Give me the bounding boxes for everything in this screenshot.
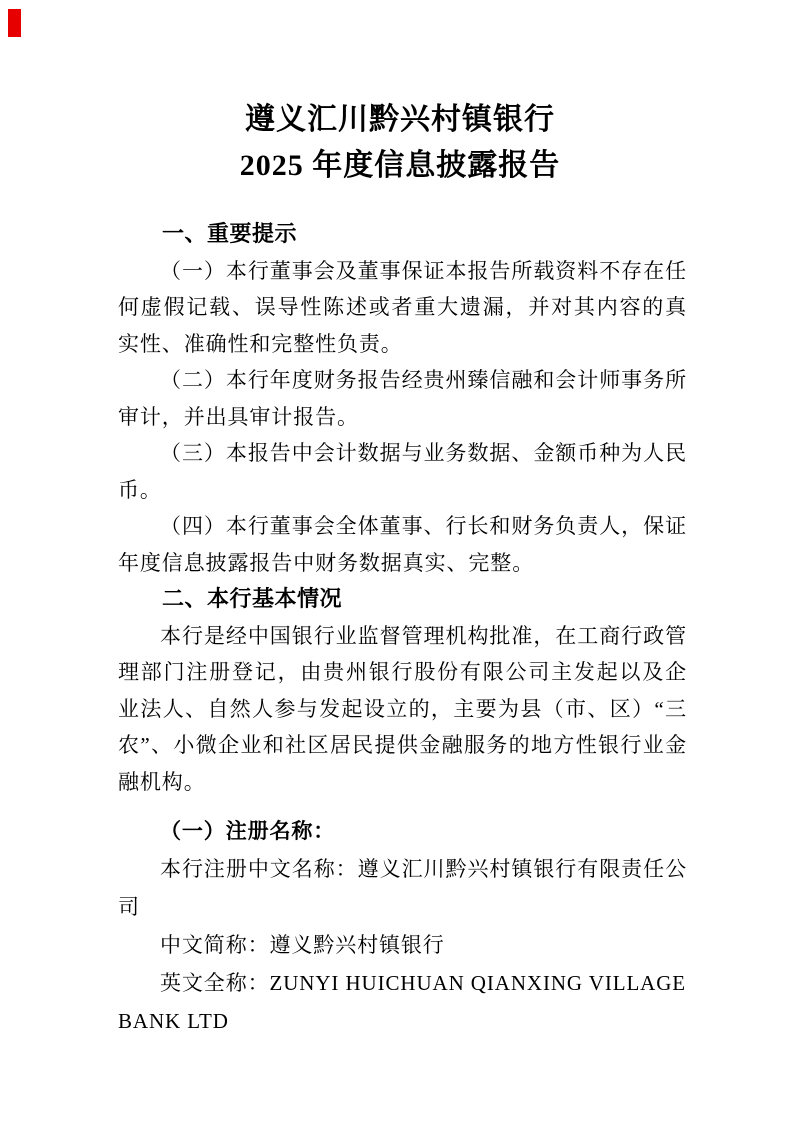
section-heading-important-notice: 一、重要提示: [118, 216, 687, 253]
registered-chinese-name: 本行注册中文名称：遵义汇川黔兴村镇银行有限责任公司: [118, 850, 687, 926]
notice-paragraph-4: （四）本行董事会全体董事、行长和财务负责人，保证年度信息披露报告中财务数据真实、…: [118, 508, 687, 581]
notice-paragraph-3: （三）本报告中会计数据与业务数据、金额币种为人民币。: [118, 435, 687, 508]
report-title: 遵义汇川黔兴村镇银行 2025 年度信息披露报告: [0, 97, 800, 189]
document-body: 一、重要提示 （一）本行董事会及董事保证本报告所载资料不存在任何虚假记载、误导性…: [118, 216, 687, 1040]
report-title-bank-name: 遵义汇川黔兴村镇银行: [0, 97, 800, 143]
section-heading-bank-basic-info: 二、本行基本情况: [118, 581, 687, 618]
report-title-year-report: 2025 年度信息披露报告: [0, 143, 800, 189]
bank-overview-paragraph: 本行是经中国银行业监督管理机构批准，在工商行政管理部门注册登记，由贵州银行股份有…: [118, 618, 687, 801]
chinese-short-name: 中文简称：遵义黔兴村镇银行: [118, 926, 687, 964]
red-annotation-mark: [8, 9, 21, 37]
subheading-registered-name: （一）注册名称：: [118, 812, 687, 850]
english-full-name: 英文全称：ZUNYI HUICHUAN QIANXING VILLAGE BAN…: [118, 964, 687, 1040]
document-page: 遵义汇川黔兴村镇银行 2025 年度信息披露报告 一、重要提示 （一）本行董事会…: [0, 0, 800, 1132]
registration-name-group: （一）注册名称： 本行注册中文名称：遵义汇川黔兴村镇银行有限责任公司 中文简称：…: [118, 812, 687, 1040]
notice-paragraph-2: （二）本行年度财务报告经贵州臻信融和会计师事务所审计，并出具审计报告。: [118, 362, 687, 435]
notice-paragraph-1: （一）本行董事会及董事保证本报告所载资料不存在任何虚假记载、误导性陈述或者重大遗…: [118, 253, 687, 363]
